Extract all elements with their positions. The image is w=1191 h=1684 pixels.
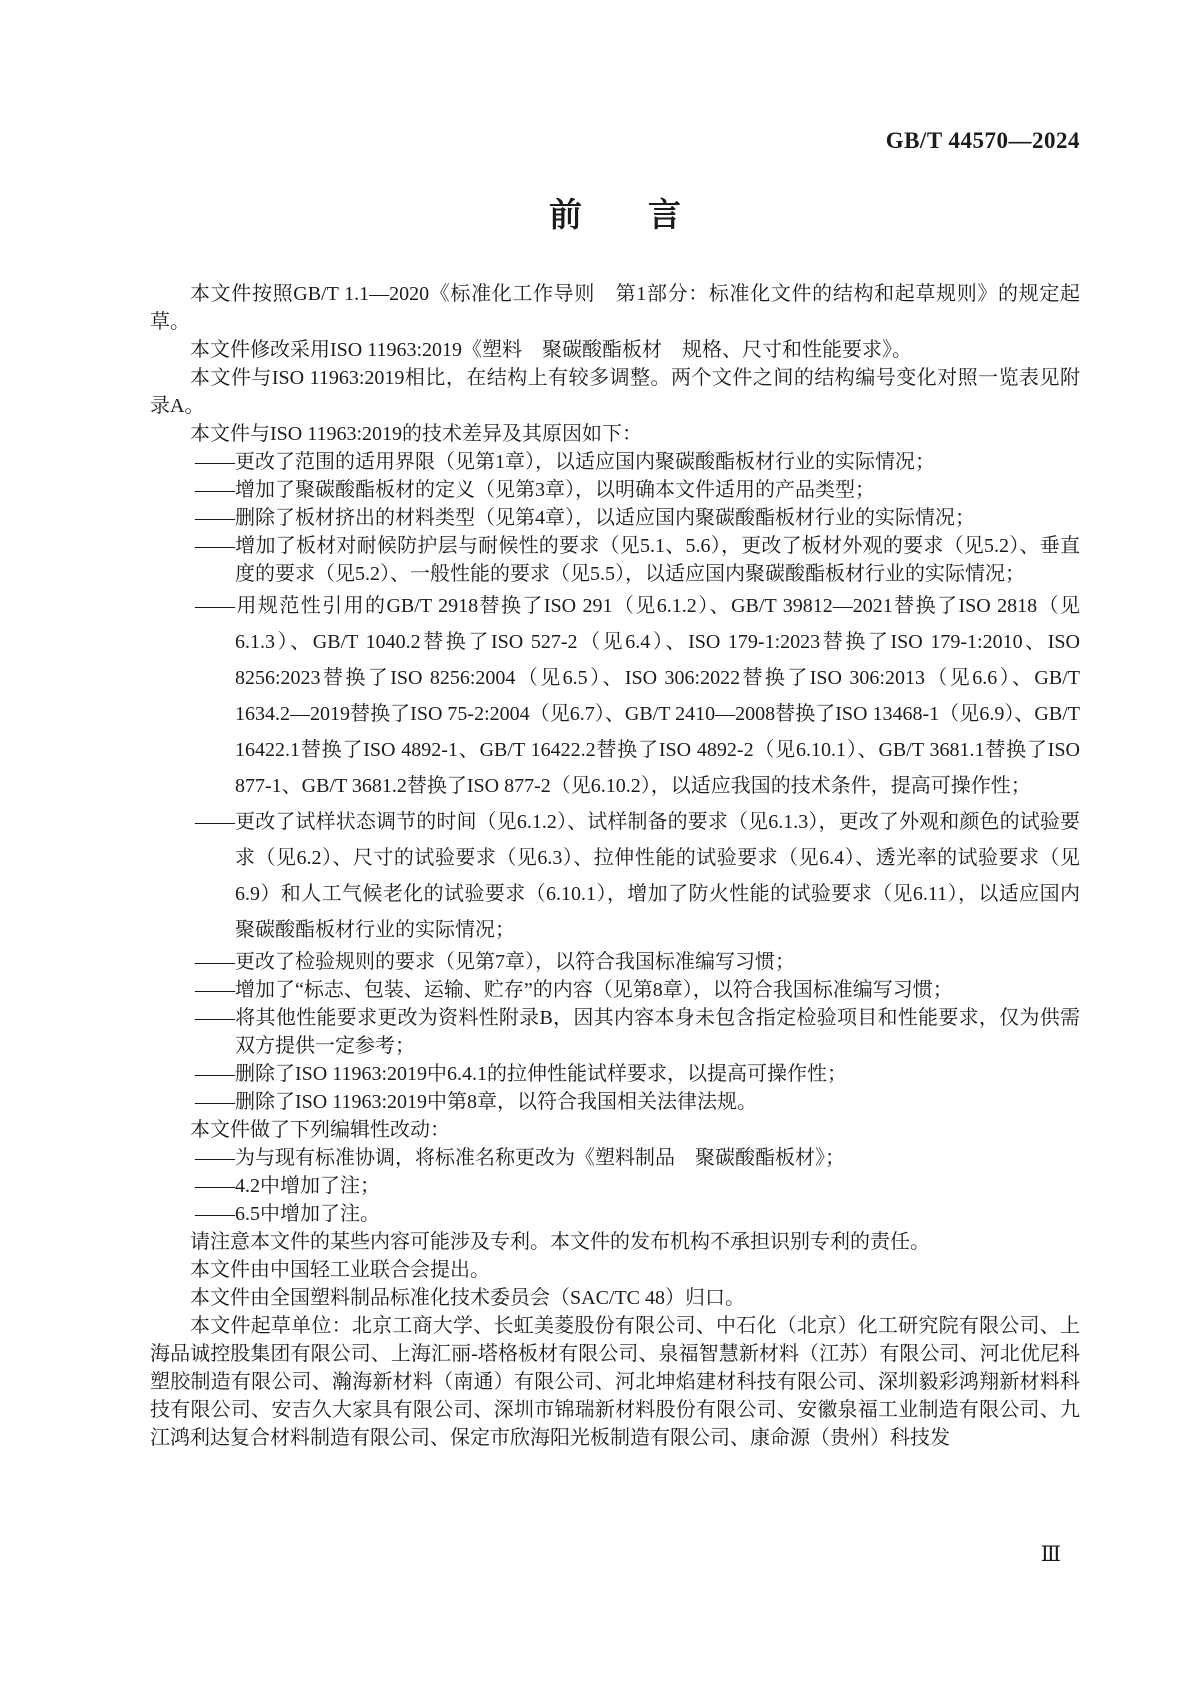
technical-difference-item: ——更改了试样状态调节的时间（见6.1.2）、试样制备的要求（见6.1.3），更…	[150, 804, 1080, 948]
page-number: Ⅲ	[1041, 1542, 1061, 1566]
drafting-units-paragraph: 本文件起草单位：北京工商大学、长虹美菱股份有限公司、中石化（北京）化工研究院有限…	[150, 1312, 1080, 1452]
committee-paragraph: 本文件由全国塑料制品标准化技术委员会（SAC/TC 48）归口。	[150, 1284, 1080, 1312]
editorial-change-item: ——4.2中增加了注；	[150, 1172, 1080, 1200]
technical-difference-item: ——更改了检验规则的要求（见第7章），以符合我国标准编写习惯；	[150, 948, 1080, 976]
foreword-paragraph: 本文件与ISO 11963:2019的技术差异及其原因如下：	[150, 420, 1080, 448]
technical-difference-item: ——增加了板材对耐候防护层与耐候性的要求（见5.1、5.6），更改了板材外观的要…	[150, 532, 1080, 588]
foreword-paragraph: 本文件与ISO 11963:2019相比，在结构上有较多调整。两个文件之间的结构…	[150, 364, 1080, 420]
technical-difference-item: ——增加了聚碳酸酯板材的定义（见第3章），以明确本文件适用的产品类型；	[150, 476, 1080, 504]
technical-difference-item: ——增加了“标志、包装、运输、贮存”的内容（见第8章），以符合我国标准编写习惯；	[150, 976, 1080, 1004]
editorial-change-item: ——为与现有标准协调，将标准名称更改为《塑料制品 聚碳酸酯板材》；	[150, 1144, 1080, 1172]
foreword-paragraph: 本文件修改采用ISO 11963:2019《塑料 聚碳酸酯板材 规格、尺寸和性能…	[150, 336, 1080, 364]
technical-difference-item: ——将其他性能要求更改为资料性附录B，因其内容本身未包含指定检验项目和性能要求，…	[150, 1004, 1080, 1060]
proposer-paragraph: 本文件由中国轻工业联合会提出。	[150, 1256, 1080, 1284]
patent-notice-paragraph: 请注意本文件的某些内容可能涉及专利。本文件的发布机构不承担识别专利的责任。	[150, 1228, 1080, 1256]
foreword-paragraph: 本文件按照GB/T 1.1—2020《标准化工作导则 第1部分：标准化文件的结构…	[150, 280, 1080, 336]
document-page: GB/T 44570—2024 前 言 本文件按照GB/T 1.1—2020《标…	[0, 0, 1191, 1684]
standard-number: GB/T 44570—2024	[150, 128, 1080, 154]
editorial-changes-lead: 本文件做了下列编辑性改动：	[150, 1116, 1080, 1144]
foreword-body: 本文件按照GB/T 1.1—2020《标准化工作导则 第1部分：标准化文件的结构…	[150, 280, 1080, 1452]
technical-difference-item: ——删除了板材挤出的材料类型（见第4章），以适应国内聚碳酸酯板材行业的实际情况；	[150, 504, 1080, 532]
technical-difference-item: ——用规范性引用的GB/T 2918替换了ISO 291（见6.1.2）、GB/…	[150, 588, 1080, 804]
page-title: 前 言	[150, 198, 1080, 234]
technical-difference-item: ——删除了ISO 11963:2019中6.4.1的拉伸性能试样要求，以提高可操…	[150, 1060, 1080, 1088]
technical-difference-item: ——更改了范围的适用界限（见第1章），以适应国内聚碳酸酯板材行业的实际情况；	[150, 448, 1080, 476]
technical-difference-item: ——删除了ISO 11963:2019中第8章，以符合我国相关法律法规。	[150, 1088, 1080, 1116]
editorial-change-item: ——6.5中增加了注。	[150, 1200, 1080, 1228]
